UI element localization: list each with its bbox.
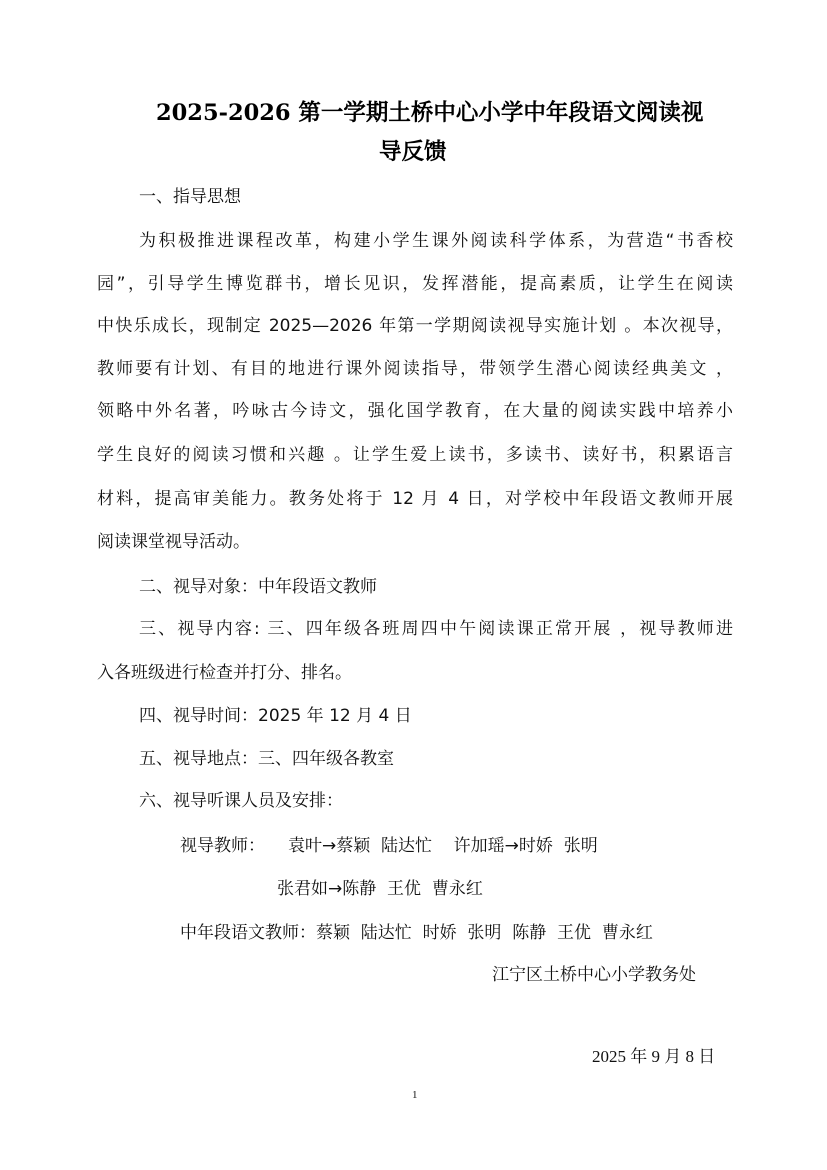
document-title-line-1: 2025-2026 第一学期土桥中心小学中年段语文阅读视 <box>156 99 703 127</box>
supervisors-line-1: 袁叶→蔡颖 陆达忙 许加瑶→时娇 张明 <box>288 835 598 857</box>
supervisors-line-2: 张君如→陈静 王优 曹永红 <box>277 878 483 900</box>
paragraph-line: 中快乐成长，现制定 2025—2026 年第一学期阅读视导实施计划 。本次视导， <box>97 315 733 337</box>
section-2-target: 二、视导对象：中年段语文教师 <box>139 576 377 598</box>
paragraph-line: 教师要有计划、有目的地进行课外阅读指导，带领学生潜心阅读经典美文 ， <box>97 358 733 380</box>
section-3-content-line: 三、视导内容: 三、四年级各班周四中午阅读课正常开展 ，视导教师进 <box>139 618 733 640</box>
supervisors-label: 视导教师： <box>180 835 265 857</box>
section-3-content-line: 入各班级进行检查并打分、排名。 <box>97 662 352 684</box>
section-6-heading: 六、视导听课人员及安排： <box>139 790 343 812</box>
document-date: 2025 年 9 月 8 日 <box>592 1046 715 1068</box>
document-title-line-2: 导反馈 <box>379 138 447 166</box>
teachers-line: 中年段语文教师：蔡颖 陆达忙 时娇 张明 陈静 王优 曹永红 <box>180 922 653 944</box>
paragraph-line: 材料，提高审美能力。教务处将于 12 月 4 日，对学校中年段语文教师开展 <box>97 488 733 510</box>
section-4-time: 四、视导时间：2025 年 12 月 4 日 <box>139 705 412 727</box>
paragraph-line: 为积极推进课程改革，构建小学生课外阅读科学体系，为营造“书香校 <box>139 230 733 252</box>
paragraph-line: 阅读课堂视导活动。 <box>97 531 250 553</box>
paragraph-line: 领略中外名著，吟咏古今诗文，强化国学教育，在大量的阅读实践中培养小 <box>97 400 733 422</box>
paragraph-line: 园”，引导学生博览群书，增长见识，发挥潜能，提高素质，让学生在阅读 <box>97 273 733 295</box>
page-number: 1 <box>412 1089 418 1101</box>
section-1-heading: 一、指导思想 <box>139 186 241 208</box>
paragraph-line: 学生良好的阅读习惯和兴趣 。让学生爱上读书，多读书、读好书，积累语言 <box>97 444 733 466</box>
section-5-location: 五、视导地点：三、四年级各教室 <box>139 748 394 770</box>
signature: 江宁区土桥中心小学教务处 <box>492 964 696 986</box>
